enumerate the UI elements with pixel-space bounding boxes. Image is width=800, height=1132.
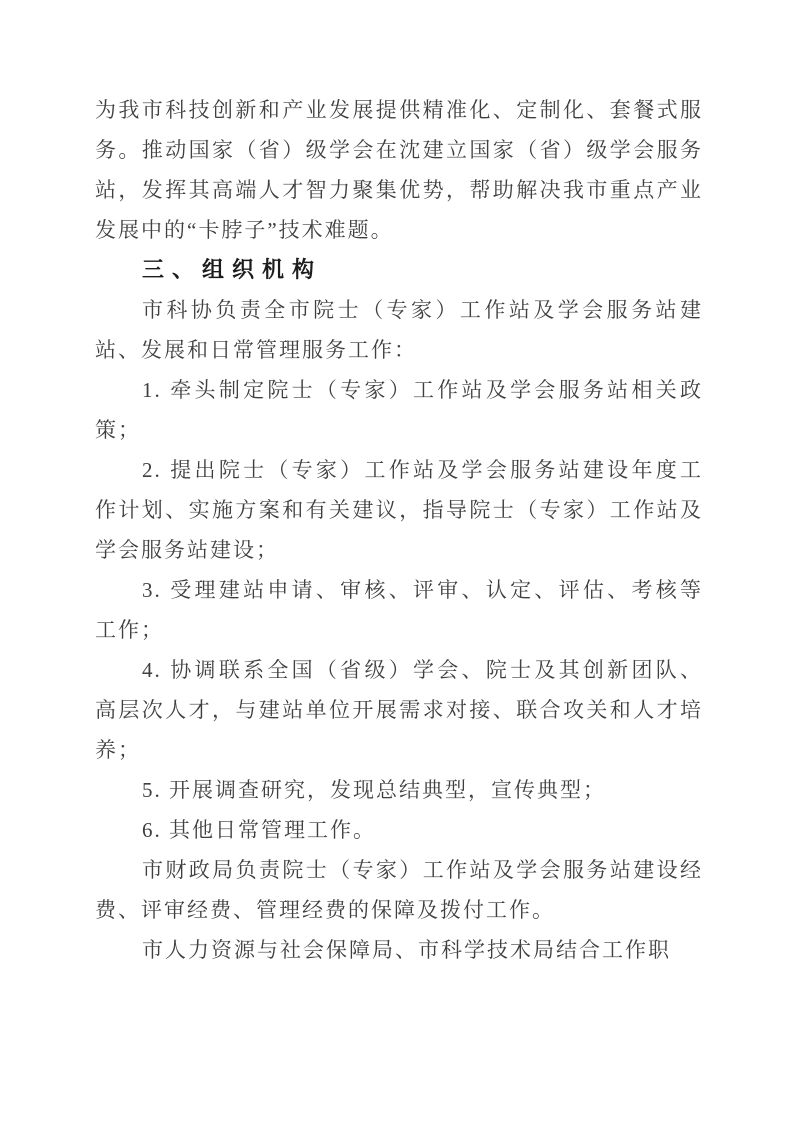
text-line: 市科协负责全市院士（专家）工作站及学会服务站建 (95, 290, 703, 330)
text-line: 6. 其他日常管理工作。 (95, 810, 703, 850)
text-line: 养； (95, 730, 703, 770)
text-line: 市人力资源与社会保障局、市科学技术局结合工作职 (95, 930, 703, 970)
text-line: 站，发挥其高端人才智力聚集优势，帮助解决我市重点产业 (95, 170, 703, 210)
text-line: 5. 开展调查研究，发现总结典型，宣传典型； (95, 770, 703, 810)
text-line: 务。推动国家（省）级学会在沈建立国家（省）级学会服务 (95, 130, 703, 170)
text-line: 费、评审经费、管理经费的保障及拨付工作。 (95, 890, 703, 930)
text-line: 1. 牵头制定院士（专家）工作站及学会服务站相关政 (95, 370, 703, 410)
text-line: 学会服务站建设； (95, 530, 703, 570)
text-line: 为我市科技创新和产业发展提供精准化、定制化、套餐式服 (95, 90, 703, 130)
text-line: 站、发展和日常管理服务工作： (95, 330, 703, 370)
document-body: 为我市科技创新和产业发展提供精准化、定制化、套餐式服务。推动国家（省）级学会在沈… (95, 90, 703, 970)
text-line: 作计划、实施方案和有关建议，指导院士（专家）工作站及 (95, 490, 703, 530)
text-line: 3. 受理建站申请、审核、评审、认定、评估、考核等 (95, 570, 703, 610)
text-line: 策； (95, 410, 703, 450)
text-line: 2. 提出院士（专家）工作站及学会服务站建设年度工 (95, 450, 703, 490)
document-page: 为我市科技创新和产业发展提供精准化、定制化、套餐式服务。推动国家（省）级学会在沈… (0, 0, 800, 1132)
text-line: 市财政局负责院士（专家）工作站及学会服务站建设经 (95, 850, 703, 890)
text-line: 4. 协调联系全国（省级）学会、院士及其创新团队、 (95, 650, 703, 690)
section-heading: 三、组织机构 (95, 250, 703, 290)
text-line: 发展中的“卡脖子”技术难题。 (95, 210, 703, 250)
text-line: 工作； (95, 610, 703, 650)
text-line: 高层次人才，与建站单位开展需求对接、联合攻关和人才培 (95, 690, 703, 730)
